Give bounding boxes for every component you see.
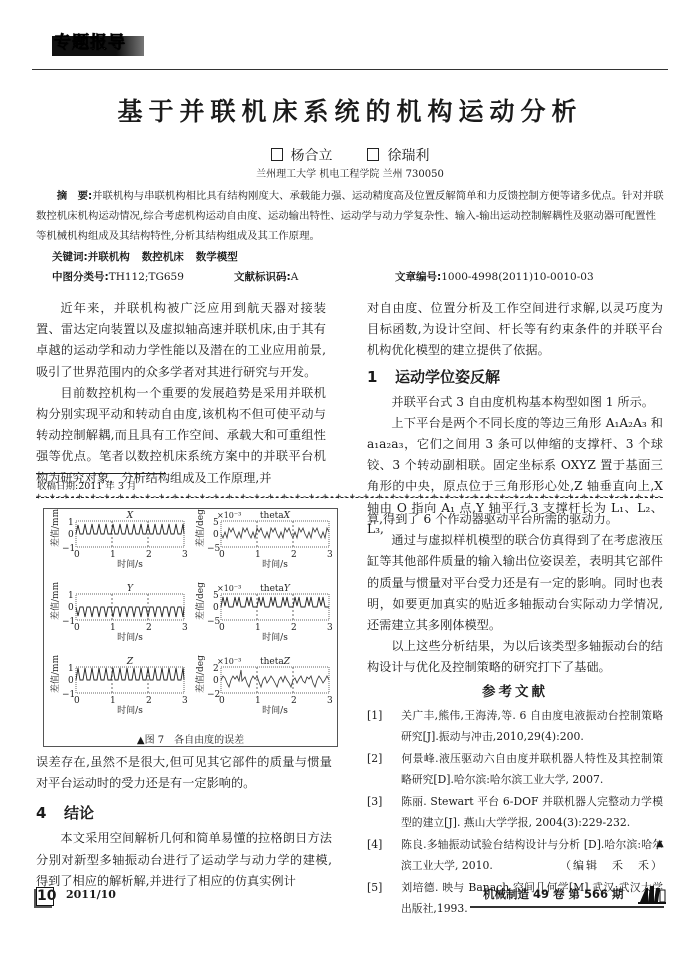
figure-caption: ▲图 7 各自由度的误差: [44, 731, 337, 746]
header-rule: [32, 69, 668, 70]
svg-text:1: 1: [68, 664, 74, 674]
svg-text:Y: Y: [127, 584, 134, 594]
svg-text:0: 0: [74, 550, 80, 560]
paragraph: 近年来，并联机构被广泛应用到航天器对接装置、雷达定向装置以及虚拟轴高速并联机床,…: [36, 298, 326, 383]
svg-text:Z: Z: [126, 657, 134, 667]
svg-text:1: 1: [110, 696, 116, 706]
svg-text:3: 3: [182, 550, 188, 560]
keywords: 关键词:并联机构数控机床数学模型: [52, 249, 238, 264]
svg-text:2: 2: [146, 623, 152, 633]
svg-text:×10⁻³: ×10⁻³: [217, 657, 241, 666]
svg-text:时间/s: 时间/s: [117, 704, 143, 716]
svg-text:差值/deg: 差值/deg: [194, 509, 206, 547]
svg-text:0: 0: [68, 603, 74, 613]
paragraph: 本文采用空间解析几何和简单易懂的拉格朗日方法分别对新型多轴振动台进行了运动学与动…: [36, 828, 332, 892]
paragraph: 算,得到了 6 个作动器驱动平台所需的驱动力。: [367, 509, 663, 530]
svg-text:thetaY: thetaY: [260, 584, 291, 594]
svg-text:2: 2: [291, 696, 297, 706]
svg-text:1: 1: [68, 591, 74, 601]
svg-text:3: 3: [182, 696, 188, 706]
paragraph: 误差存在,虽然不是很大,但可见其它部件的质量与惯量对平台运动时的受力还是有一定影…: [36, 752, 332, 794]
svg-text:0: 0: [219, 623, 225, 633]
svg-text:0: 0: [213, 676, 219, 686]
svg-text:差值/mm: 差值/mm: [49, 654, 61, 693]
affiliation: 兰州理工大学 机电工程学院 兰州 730050: [0, 165, 700, 180]
page-number: 10: [36, 887, 54, 906]
received-date: 收稿日期:2011 年 3 月: [37, 478, 136, 492]
editor-note: （编辑 禾 禾）: [560, 857, 664, 873]
references-heading: 参考文献: [367, 681, 663, 703]
left-column-upper: 近年来，并联机构被广泛应用到航天器对接装置、雷达定向装置以及虚拟轴高速并联机床,…: [36, 298, 326, 489]
svg-text:0: 0: [213, 530, 219, 540]
doc-code: A: [291, 271, 299, 283]
left-column-lower: 误差存在,虽然不是很大,但可见其它部件的质量与惯量对平台运动时的受力还是有一定影…: [36, 752, 332, 892]
svg-text:差值/deg: 差值/deg: [194, 655, 206, 693]
section-heading-1: 1运动学位姿反解: [367, 366, 663, 388]
paragraph: 通过与虚拟样机模型的联合仿真得到了在考虑液压缸等其他部件质量的输入输出位姿误差，…: [367, 530, 663, 636]
right-column-upper: 对自由度、位置分析及工作空间进行求解,以灵巧度为目标函数,为设计空间、杆长等有约…: [367, 298, 663, 540]
svg-text:时间/s: 时间/s: [262, 631, 288, 643]
svg-text:2: 2: [146, 550, 152, 560]
svg-text:2: 2: [291, 623, 297, 633]
paragraph: 并联平台式 3 自由度机构基本构型如图 1 所示。: [367, 392, 663, 413]
svg-text:时间/s: 时间/s: [262, 704, 288, 716]
author-box-icon: [271, 148, 283, 161]
reference-item: [2]何景峰.液压驱动六自由度并联机器人特性及其控制策略研究[D].哈尔滨:哈尔…: [367, 748, 663, 791]
journal-info: 机械制造 49 卷 第 566 期: [483, 886, 624, 902]
end-mark-icon: ▲: [656, 838, 664, 849]
svg-text:时间/s: 时间/s: [117, 631, 143, 643]
svg-text:差值/deg: 差值/deg: [194, 582, 206, 620]
svg-text:时间/s: 时间/s: [117, 558, 143, 570]
svg-text:0: 0: [68, 530, 74, 540]
svg-text:3: 3: [327, 623, 333, 633]
svg-text:1: 1: [110, 623, 116, 633]
paragraph: 以上这些分析结果，为以后该类型多轴振动台的结构设计与优化及控制策略的研究打下了基…: [367, 636, 663, 678]
svg-text:1: 1: [255, 696, 261, 706]
author-2: 徐瑞利: [387, 148, 429, 164]
svg-text:thetaZ: thetaZ: [260, 657, 291, 667]
svg-text:0: 0: [68, 676, 74, 686]
svg-text:1: 1: [110, 550, 116, 560]
footnote-rule: [36, 473, 166, 474]
svg-text:2: 2: [291, 550, 297, 560]
abstract: 摘 要:并联机构与串联机构相比具有结构刚度大、承载能力强、运动精度高及位置反解简…: [36, 186, 664, 246]
svg-text:0: 0: [219, 550, 225, 560]
abstract-label: 摘 要:: [57, 190, 92, 202]
figure-7: X 10−1 0123 时间/s 差值/mm thetaX ×10⁻³ 50−5…: [43, 508, 338, 747]
author-box-icon: [367, 148, 379, 161]
author-1: 杨合立: [291, 148, 333, 164]
journal-logo-icon: [638, 884, 666, 904]
abstract-text: 并联机构与串联机构相比具有结构刚度大、承载能力强、运动精度高及位置反解简单和力反…: [36, 190, 664, 242]
svg-text:0: 0: [74, 623, 80, 633]
paragraph: 对自由度、位置分析及工作空间进行求解,以灵巧度为目标函数,为设计空间、杆长等有约…: [367, 298, 663, 362]
footer-rule: [470, 906, 664, 908]
svg-text:1: 1: [255, 550, 261, 560]
svg-text:1: 1: [68, 518, 74, 528]
svg-text:时间/s: 时间/s: [262, 558, 288, 570]
section-badge: 专题报导: [52, 36, 144, 56]
svg-text:×10⁻³: ×10⁻³: [217, 584, 241, 593]
authors: 杨合立 徐瑞利: [0, 145, 700, 165]
svg-text:3: 3: [182, 623, 188, 633]
clc-code: TH112;TG659: [109, 271, 184, 283]
svg-text:0: 0: [219, 696, 225, 706]
svg-text:差值/mm: 差值/mm: [49, 509, 61, 547]
svg-text:2: 2: [213, 664, 219, 674]
svg-text:3: 3: [327, 550, 333, 560]
svg-text:2: 2: [146, 696, 152, 706]
svg-text:5: 5: [213, 591, 219, 601]
article-number: 1000-4998(2011)10-0010-03: [441, 271, 593, 283]
svg-text:0: 0: [213, 603, 219, 613]
reference-item: [3]陈丽. Stewart 平台 6-DOF 并联机器人完整动力学模型的建立[…: [367, 791, 663, 834]
section-heading-4: 4结论: [36, 802, 332, 824]
svg-text:5: 5: [213, 518, 219, 528]
svg-text:1: 1: [255, 623, 261, 633]
reference-item: [1]关广丰,熊伟,王海涛,等. 6 自由度电液振动台控制策略研究[J].振动与…: [367, 705, 663, 748]
article-title: 基于并联机床系统的机构运动分析: [0, 92, 700, 128]
svg-text:差值/mm: 差值/mm: [49, 581, 61, 620]
figure-7-plots: X 10−1 0123 时间/s 差值/mm thetaX ×10⁻³ 50−5…: [44, 509, 337, 731]
keyword: 数学模型: [196, 251, 238, 263]
svg-text:0: 0: [74, 696, 80, 706]
dotted-divider: +-+-+-+-+-+-+-+-+-+-+-+-+-+-+-+-+-+-+-+-…: [36, 497, 663, 502]
svg-text:X: X: [126, 511, 134, 521]
svg-text:thetaX: thetaX: [260, 511, 291, 521]
issue-date: 2011/10: [66, 888, 116, 901]
svg-text:×10⁻³: ×10⁻³: [217, 511, 241, 520]
keyword: 并联机构: [88, 251, 130, 263]
svg-text:3: 3: [327, 696, 333, 706]
keyword: 数控机床: [142, 251, 184, 263]
